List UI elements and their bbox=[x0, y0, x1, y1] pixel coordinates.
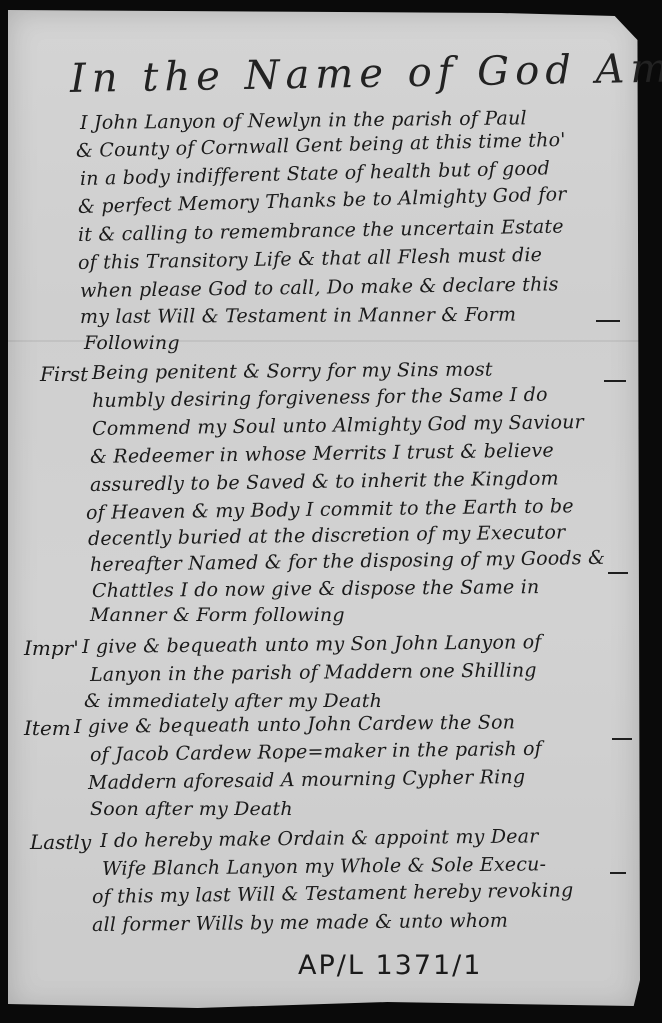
clause-line: Wife Blanch Lanyon my Whole & Sole Execu… bbox=[102, 853, 546, 880]
clause-line: Soon after my Death bbox=[90, 798, 293, 820]
clause-line: all former Wills by me made & unto whom bbox=[92, 910, 508, 936]
clause-line: I give & bequeath unto John Cardew the S… bbox=[74, 711, 515, 738]
clause-line: I do hereby make Ordain & appoint my Dea… bbox=[100, 825, 539, 852]
line-filler-dash bbox=[604, 380, 626, 382]
margin-heading-item: Item bbox=[24, 716, 71, 740]
margin-heading-first: First bbox=[40, 362, 88, 386]
clause-line: Being penitent & Sorry for my Sins most bbox=[92, 359, 493, 384]
line-filler-dash bbox=[608, 572, 628, 574]
clause-line: Chattles I do now give & dispose the Sam… bbox=[92, 576, 540, 602]
line-filler-dash bbox=[610, 872, 626, 874]
line-filler-dash bbox=[612, 738, 632, 740]
archive-reference-number: AP/L 1371/1 bbox=[298, 950, 482, 981]
clause-line: Manner & Form following bbox=[90, 604, 345, 626]
preamble-line: Following bbox=[84, 332, 180, 354]
clause-line: & immediately after my Death bbox=[84, 690, 382, 712]
line-filler-dash bbox=[596, 320, 620, 322]
preamble-line: I John Lanyon of Newlyn in the parish of… bbox=[80, 107, 527, 134]
preamble-line: my last Will & Testament in Manner & For… bbox=[80, 304, 516, 328]
margin-heading-imprimis: Impr' bbox=[24, 636, 79, 660]
clause-line: Lanyon in the parish of Maddern one Shil… bbox=[90, 659, 537, 686]
margin-heading-lastly: Lastly bbox=[30, 830, 91, 854]
